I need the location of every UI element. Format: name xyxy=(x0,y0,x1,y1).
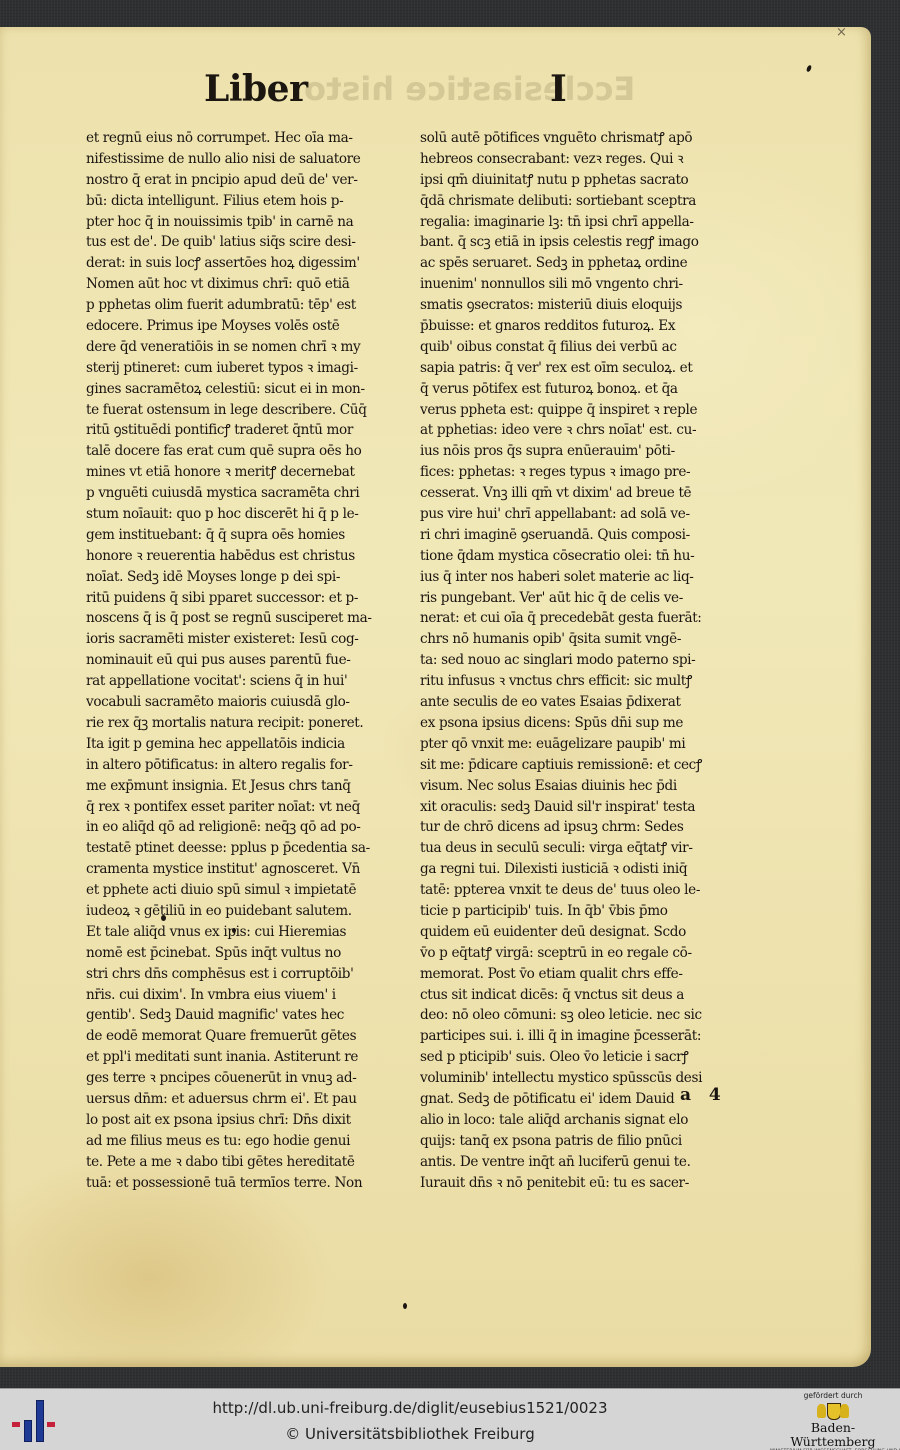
text-line: quidem eū euidenter deū designat. Scdo xyxy=(420,922,748,943)
text-line: nerat: et cui oīa q̄ precedebāt gesta fu… xyxy=(420,608,748,629)
text-line: et ppl'i meditati sunt inania. Astiterun… xyxy=(86,1047,414,1068)
text-line: quib' oibus constat q̄ filius dei verbū … xyxy=(420,337,748,358)
text-line: ticie p participib' tuis. In q̄b' v̄bis … xyxy=(420,901,748,922)
text-line: smatis ꝯsecratos: misteriū diuis eloquij… xyxy=(420,295,748,316)
text-line: ipsi qm̄ diuinitatꝭ nutu p pphetas sacra… xyxy=(420,170,748,191)
text-line: me exp̄munt insignia. Et Jesus chrs tanq… xyxy=(86,776,414,797)
text-line: rie rex q̄ꝫ mortalis natura recipit: pon… xyxy=(86,713,414,734)
text-line: ritu infusus ꝛ vnctus chrs efficit: sic … xyxy=(420,671,748,692)
text-line: ta: sed nouo ac singlari modo paterno sp… xyxy=(420,650,748,671)
text-line: te fuerat ostensum in lege describere. C… xyxy=(86,400,414,421)
text-line: nomē est p̄cinebat. Spūs inq̄t vultus no xyxy=(86,943,414,964)
text-line: ad me filius meus es tu: ego hodie genui xyxy=(86,1131,414,1152)
wormhole xyxy=(403,1303,407,1309)
text-line: quijs: tanq̄ ex psona patris de filio pn… xyxy=(420,1131,748,1152)
text-line: stum noīauit: quo p hoc discerēt hi q̄ p… xyxy=(86,504,414,525)
text-line: p vnguēti cuiusdā mystica sacramēta chri xyxy=(86,483,414,504)
text-line: lo post ait ex psona ipsius chrī: Dn̄s d… xyxy=(86,1110,414,1131)
coat-of-arms-icon xyxy=(816,1401,850,1421)
text-line: deo: nō oleo cōmuni: sꝫ oleo leticie. ne… xyxy=(420,1005,748,1026)
text-line: ges terre ꝛ pncipes cōuenerūt in vnuꝫ ad… xyxy=(86,1068,414,1089)
text-column-left: et regnū eius nō corrumpet. Hec oīa ma-n… xyxy=(86,128,414,1193)
text-line: noīat. Sedꝫ idē Moyses longe p dei spi- xyxy=(86,567,414,588)
text-line: ex psona ipsius dicens: Spūs dn̄i sup me xyxy=(420,713,748,734)
text-line: tua deus in seculū seculi: virga eq̄tatꝭ… xyxy=(420,838,748,859)
crest-shield-icon xyxy=(827,1403,841,1420)
text-line: in altero pōtificatus: in altero regalis… xyxy=(86,755,414,776)
text-line: rat appellatione vocitat': sciens q̄ in … xyxy=(86,671,414,692)
crest-lion-right-icon xyxy=(840,1404,849,1418)
text-line: sit me: p̄dicare captiuis remissionē: et… xyxy=(420,755,748,776)
text-line: edocere. Primus ipe Moyses volēs ostē xyxy=(86,316,414,337)
text-line: tus est de'. De quib' latius siq̄s scire… xyxy=(86,232,414,253)
text-line: chrs nō humanis opib' q̄sita sumit vngē- xyxy=(420,629,748,650)
text-line: sterij ptineret: cum iuberet typos ꝛ ima… xyxy=(86,358,414,379)
text-line: iudeoꝝ ꝛ gētiliū in eo puidebant salutem… xyxy=(86,901,414,922)
text-line: ac spēs seruaret. Sedꝫ in pphetaꝝ ordine xyxy=(420,253,748,274)
text-line: antis. De ventre inq̄t an̄ luciferū genu… xyxy=(420,1152,748,1173)
text-line: et pphete acti diuio spū simul ꝛ impieta… xyxy=(86,880,414,901)
text-line: q̄dā chrismate delibuti: sortiebant scep… xyxy=(420,191,748,212)
text-line: dere q̄d veneratiōis in se nomen chrī ꝛ … xyxy=(86,337,414,358)
sponsor-block[interactable]: gefördert durch Baden-Württemberg MINIST… xyxy=(770,1391,896,1450)
text-line: Ita igit p gemina hec appellatōis indici… xyxy=(86,734,414,755)
show-through-text: Ecclesiastice histo xyxy=(304,70,635,108)
text-line: derat: in suis locꝭ assertōes hoꝝ digess… xyxy=(86,253,414,274)
text-line: tione q̄dam mystica cōsecratio olei: tn̄… xyxy=(420,546,748,567)
text-line: ritū puidens q̄ sibi pparet successor: e… xyxy=(86,588,414,609)
text-line: sapia patris: q̄ ver' rex est oīm seculo… xyxy=(420,358,748,379)
text-line: ius nōis pros q̄s supra enūerauim' pōti- xyxy=(420,441,748,462)
text-line: pter qō vnxit me: euāgelizare paupib' mi xyxy=(420,734,748,755)
margin-pencil-mark: × xyxy=(836,25,847,40)
text-line: uersus dn̄m: et aduersus chrm ei'. Et pa… xyxy=(86,1089,414,1110)
text-line: inuenim' nonnullos sili mō vngento chri- xyxy=(420,274,748,295)
text-line: vocabuli sacramēto maioris cuiusdā glo- xyxy=(86,692,414,713)
signature-mark: a 4 xyxy=(680,1085,727,1105)
text-line: cesserat. Vnꝫ illi qm̄ vt dixim' ad breu… xyxy=(420,483,748,504)
text-line: p̄buisse: et gnaros redditos futuroꝝ. Ex xyxy=(420,316,748,337)
text-line: q̄ rex ꝛ pontifex esset pariter noīat: v… xyxy=(86,797,414,818)
text-line: nifestissime de nullo alio nisi de salua… xyxy=(86,149,414,170)
text-line: stri chrs dn̄s comphēsus est i corruptōi… xyxy=(86,964,414,985)
text-line: ri chri imaginē ꝯseruandā. Quis composi- xyxy=(420,525,748,546)
wormhole xyxy=(806,64,813,72)
text-line: te. Pete a me ꝛ dabo tibi gētes heredita… xyxy=(86,1152,414,1173)
folio-number: I xyxy=(550,68,567,110)
text-line: ante seculis de eo vates Esaias p̄dixera… xyxy=(420,692,748,713)
text-line: nominauit eū qui pus auses parentū fue- xyxy=(86,650,414,671)
text-line: tatē: ppterea vnxit te deus de' tuus ole… xyxy=(420,880,748,901)
text-line: in eo aliq̄d qō ad religionē: neq̄ꝫ qō a… xyxy=(86,817,414,838)
text-line: mines vt etiā honore ꝛ meritꝭ decernebat xyxy=(86,462,414,483)
text-line: nostro q̄ erat in pncipio apud deū de' v… xyxy=(86,170,414,191)
footer-bar: http://dl.ub.uni-freiburg.de/diglit/euse… xyxy=(0,1388,900,1450)
text-line: verus ppheta est: quippe q̄ inspiret ꝛ r… xyxy=(420,400,748,421)
text-line: memorat. Post v̄o etiam qualit chrs effe… xyxy=(420,964,748,985)
text-line: gem instituebant: q̄ q̄ supra oēs homies xyxy=(86,525,414,546)
text-line: solū autē pōtifices vnguēto chrismatꝭ ap… xyxy=(420,128,748,149)
text-line: visum. Nec solus Esaias diuinis hec p̄di xyxy=(420,776,748,797)
text-line: ga regni tui. Dilexisti iusticiā ꝛ odist… xyxy=(420,859,748,880)
running-head-title: Liber xyxy=(204,68,308,110)
text-line: ris pungebant. Ver' aūt hic q̄ de celis … xyxy=(420,588,748,609)
text-line: nr̄is. cui dixim'. In vmbra eius viuem' … xyxy=(86,985,414,1006)
text-line: de eodē memorat Quare fremuerūt gētes xyxy=(86,1026,414,1047)
text-line: bant. q̄ scꝫ etiā in ipsis celestis regꝭ… xyxy=(420,232,748,253)
text-line: ioris sacramēti mister existeret: Iesū c… xyxy=(86,629,414,650)
text-line: ius q̄ inter nos haberi solet materie ac… xyxy=(420,567,748,588)
text-line: q̄ verus pōtifex est futuroꝝ bonoꝝ. et q… xyxy=(420,379,748,400)
text-line: Nomen aūt hoc vt diximus chrī: quō etiā xyxy=(86,274,414,295)
text-line: participes sui. i. illi q̄ in imagine p̄… xyxy=(420,1026,748,1047)
text-line: tur de chrō dicens ad ipsuꝫ chrm: Sedes xyxy=(420,817,748,838)
text-line: bū: dicta intelligunt. Filius etem hois … xyxy=(86,191,414,212)
running-head: Liber Ecclesiastice histo I xyxy=(200,68,580,118)
text-line: alio in loco: tale aliq̄d archanis signa… xyxy=(420,1110,748,1131)
crest-lion-left-icon xyxy=(817,1404,826,1418)
text-line: hebreos consecrabant: vezꝛ reges. Qui ꝛ xyxy=(420,149,748,170)
sponsor-name: Baden-Württemberg xyxy=(770,1421,896,1449)
text-line: talē docere fas erat cum quē supra oēs h… xyxy=(86,441,414,462)
text-line: v̄o p eq̄tatꝭ virgā: sceptrū in eo regal… xyxy=(420,943,748,964)
text-line: p pphetas olim fuerit adumbratū: tēp' es… xyxy=(86,295,414,316)
text-line: sed p pticipib' suis. Oleo v̄o leticie i… xyxy=(420,1047,748,1068)
text-line: Et tale aliq̄d vnus ex ipis: cui Hieremi… xyxy=(86,922,414,943)
text-line: pus vire hui' chrī appellabant: ad solā … xyxy=(420,504,748,525)
sponsor-label: gefördert durch xyxy=(770,1391,896,1400)
text-line: at pphetias: ideo vere ꝛ chrs noīat' est… xyxy=(420,420,748,441)
text-line: regalia: imaginarie lꝫ: tn̄ ipsi chrī ap… xyxy=(420,212,748,233)
text-line: fices: pphetas: ꝛ reges typus ꝛ imago pr… xyxy=(420,462,748,483)
text-line: cramenta mystice institut' agnosceret. V… xyxy=(86,859,414,880)
text-line: tuā: et possessionē tuā termīos terre. N… xyxy=(86,1173,414,1194)
text-line: testatē ptinet deesse: pplus p p̄cedenti… xyxy=(86,838,414,859)
text-line: Iurauit dn̄s ꝛ nō penitebit eū: tu es sa… xyxy=(420,1173,748,1194)
text-column-right: solū autē pōtifices vnguēto chrismatꝭ ap… xyxy=(420,128,748,1193)
text-line: gentib'. Sedꝫ Dauid magnific' vates hec xyxy=(86,1005,414,1026)
text-line: ctus sit indicat dicēs: q̄ vnctus sit de… xyxy=(420,985,748,1006)
permalink-url[interactable]: http://dl.ub.uni-freiburg.de/diglit/euse… xyxy=(0,1399,820,1417)
text-line: noscens q̄ is q̄ post se regnū suscipere… xyxy=(86,608,414,629)
text-line: pter hoc q̄ in nouissimis tpib' in carnē… xyxy=(86,212,414,233)
copyright-notice: © Universitätsbibliothek Freiburg xyxy=(0,1425,820,1443)
text-line: et regnū eius nō corrumpet. Hec oīa ma- xyxy=(86,128,414,149)
text-line: honore ꝛ reuerentia habēdus est christus xyxy=(86,546,414,567)
text-line: gines sacramētoꝝ celestiū: sicut ei in m… xyxy=(86,379,414,400)
text-line: ritū ꝯstituēdi pontificꝭ traderet q̄ntū … xyxy=(86,420,414,441)
text-line: xit oraculis: sedꝫ Dauid sil'r inspirat'… xyxy=(420,797,748,818)
